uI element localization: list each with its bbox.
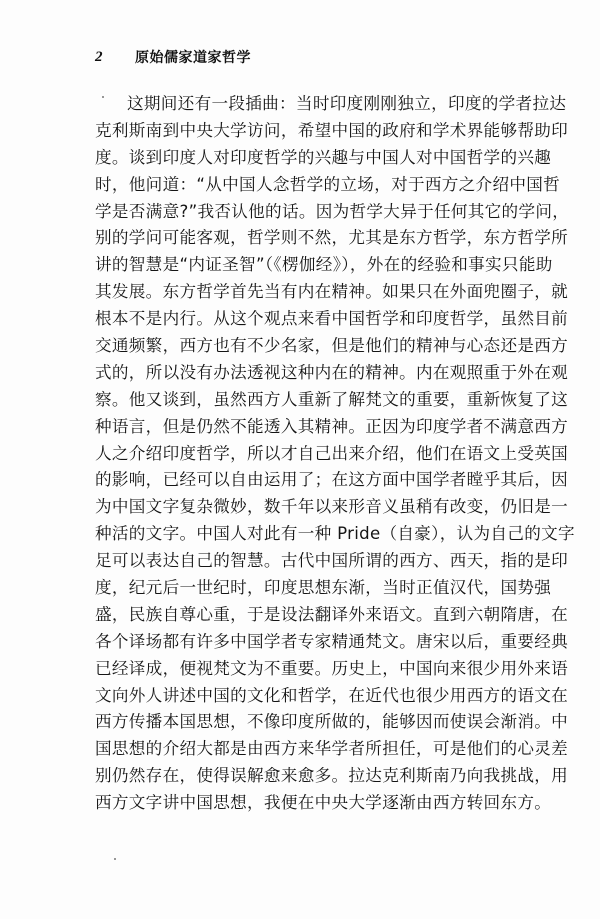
- text-line: 足可以表达自己的智慧。古代中国所谓的西方、西天，指的是印: [95, 548, 527, 575]
- text-line: 文向外人讲述中国的文化和哲学，在近代也很少用西方的语文在: [95, 683, 527, 710]
- book-title: 原始儒家道家哲学: [135, 47, 251, 67]
- text-line: 种活的文字。中国人对此有一种 Pride（自豪），认为自己的文字: [95, 521, 527, 548]
- text-line: 别的学问可能客观，哲学则不然，尤其是东方哲学，东方哲学所: [95, 225, 527, 252]
- running-head: 2 原始儒家道家哲学: [95, 46, 251, 68]
- text-line: 根本不是内行。从这个观点来看中国哲学和印度哲学，虽然目前: [95, 306, 527, 333]
- text-line: 的影响，已经可以自由运用了；在这方面中国学者瞠乎其后，因: [95, 467, 527, 494]
- text-line: 时，他问道：“从中国人念哲学的立场，对于西方之介绍中国哲: [95, 172, 527, 199]
- text-line: 别仍然存在，使得误解愈来愈多。拉达克利斯南乃向我挑战，用: [95, 763, 527, 790]
- text-line: 为中国文字复杂微妙，数千年以来形音义虽稍有改变，仍旧是一: [95, 494, 527, 521]
- text-line: 克利斯南到中央大学访问，希望中国的政府和学术界能够帮助印: [95, 118, 527, 145]
- text-line: 其发展。东方哲学首先当有内在精神。如果只在外面兜圈子，就: [95, 279, 527, 306]
- text-line: 国思想的介绍大都是由西方来华学者所担任，可是他们的心灵差: [95, 736, 527, 763]
- text-line: 学是否满意?”我否认他的话。因为哲学大异于任何其它的学问，: [95, 199, 527, 226]
- text-line: 度，纪元后一世纪时，印度思想东渐，当时正值汉代，国势强: [95, 575, 527, 602]
- text-line: 人之介绍印度哲学，所以才自己出来介绍，他们在语文上受英国: [95, 441, 527, 468]
- scan-speck: [114, 858, 116, 860]
- scan-speck: [102, 96, 104, 98]
- text-line: 西方文字讲中国思想，我便在中央大学逐渐由西方转回东方。: [95, 790, 527, 817]
- text-line: 交通频繁，西方也有不少名家，但是他们的精神与心态还是西方: [95, 333, 527, 360]
- body-paragraph: 这期间还有一段插曲：当时印度刚刚独立，印度的学者拉达 克利斯南到中央大学访问，希…: [95, 91, 527, 817]
- text-line: 察。他又谈到，虽然西方人重新了解梵文的重要，重新恢复了这: [95, 387, 527, 414]
- text-line: 种语言，但是仍然不能透入其精神。正因为印度学者不满意西方: [95, 414, 527, 441]
- text-line: 这期间还有一段插曲：当时印度刚刚独立，印度的学者拉达: [95, 91, 527, 118]
- page-number: 2: [95, 49, 135, 66]
- text-line: 已经译成，便视梵文为不重要。历史上，中国向来很少用外来语: [95, 656, 527, 683]
- text-line: 式的，所以没有办法透视这种内在的精神。内在观照重于外在观: [95, 360, 527, 387]
- text-line: 度。谈到印度人对印度哲学的兴趣与中国人对中国哲学的兴趣: [95, 145, 527, 172]
- text-line: 盛，民族自尊心重，于是设法翻译外来语文。直到六朝隋唐，在: [95, 602, 527, 629]
- text-line: 西方传播本国思想，不像印度所做的，能够因而使误会渐消。中: [95, 709, 527, 736]
- text-line: 各个译场都有许多中国学者专家精通梵文。唐宋以后，重要经典: [95, 629, 527, 656]
- text-line: 讲的智慧是“内证圣智”（《楞伽经》），外在的经验和事实只能助: [95, 252, 527, 279]
- book-page: 2 原始儒家道家哲学 这期间还有一段插曲：当时印度刚刚独立，印度的学者拉达 克利…: [0, 0, 600, 919]
